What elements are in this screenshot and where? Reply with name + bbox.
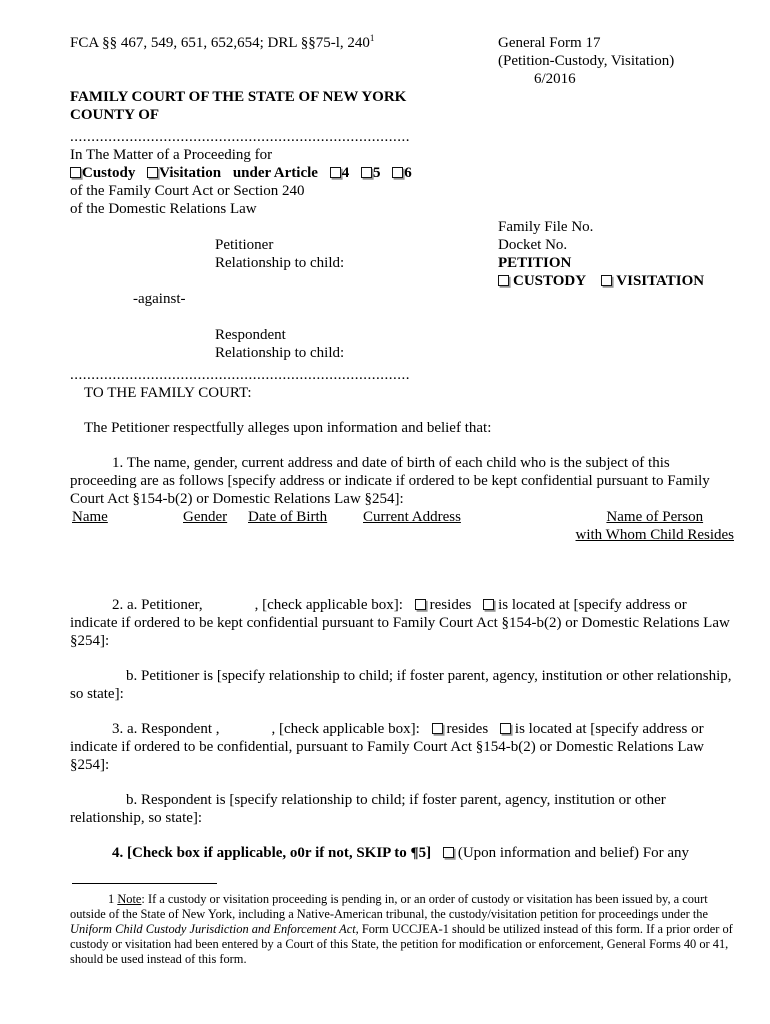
column-person-line1: Name of Person bbox=[576, 508, 734, 526]
children-table-header: Name Gender Date of Birth Current Addres… bbox=[70, 508, 734, 544]
fca-line: of the Family Court Act or Section 240 bbox=[70, 182, 734, 200]
para4-tail: (Upon information and belief) For any bbox=[458, 845, 689, 861]
para4-bold-instruction: 4. [Check box if applicable, o0r if not,… bbox=[112, 845, 431, 861]
petitioner-name-blank[interactable] bbox=[203, 608, 255, 609]
respondent-resides-label: resides bbox=[447, 721, 489, 737]
petition-type-options: CUSTODY VISITATION bbox=[498, 272, 734, 290]
footnote-note-label: Note bbox=[117, 892, 141, 906]
form-id-block: General Form 17 (Petition-Custody, Visit… bbox=[498, 34, 734, 88]
family-file-no-label: Family File No. bbox=[498, 218, 734, 236]
caption-divider-top: ........................................… bbox=[70, 128, 410, 146]
paragraph-4: 4. [Check box if applicable, o0r if not,… bbox=[70, 844, 734, 862]
custody-checkbox[interactable] bbox=[70, 167, 81, 178]
column-current-address: Current Address bbox=[363, 508, 461, 526]
form-date: 6/2016 bbox=[498, 70, 734, 88]
footnote-number: 1 bbox=[108, 892, 114, 906]
column-person-resides: Name of Person with Whom Child Resides bbox=[576, 508, 734, 544]
petition-form-page: FCA §§ 467, 549, 651, 652,654; DRL §§75-… bbox=[0, 0, 770, 1024]
footnote-italic-act-name: Uniform Child Custody Jurisdiction and E… bbox=[70, 922, 359, 936]
custody-option-label: CUSTODY bbox=[513, 273, 586, 289]
spacer bbox=[70, 272, 498, 290]
respondent-resides-checkbox[interactable] bbox=[432, 723, 443, 734]
against-label: -against- bbox=[70, 290, 498, 308]
paragraph-2b: b. Petitioner is [specify relationship t… bbox=[70, 667, 734, 703]
column-name: Name bbox=[72, 508, 120, 526]
salutation: TO THE FAMILY COURT: bbox=[70, 384, 734, 402]
alleges-line: The Petitioner respectfully alleges upon… bbox=[70, 419, 734, 437]
drl-line: of the Domestic Relations Law bbox=[70, 200, 734, 218]
column-date-of-birth: Date of Birth bbox=[248, 508, 327, 526]
paragraph-2a: 2. a. Petitioner,, [check applicable box… bbox=[70, 596, 734, 650]
visitation-checkbox-label: Visitation bbox=[159, 165, 221, 181]
caption-divider-bottom: ........................................… bbox=[70, 366, 410, 384]
article-4-label: 4 bbox=[342, 165, 350, 181]
respondent-relationship-label: Relationship to child: bbox=[70, 344, 498, 362]
petitioner-resides-checkbox[interactable] bbox=[415, 599, 426, 610]
para4-checkbox[interactable] bbox=[443, 847, 454, 858]
caption-parties-block: Family File No. Petitioner Docket No. Re… bbox=[70, 218, 734, 362]
statute-reference: FCA §§ 467, 549, 651, 652,654; DRL §§75-… bbox=[70, 34, 374, 52]
spacer bbox=[498, 344, 734, 362]
custody-option-checkbox[interactable] bbox=[498, 275, 509, 286]
petitioner-located-checkbox[interactable] bbox=[483, 599, 494, 610]
statute-text: FCA §§ 467, 549, 651, 652,654; DRL §§75-… bbox=[70, 35, 370, 51]
petitioner-located-label: is located bbox=[498, 597, 555, 613]
spacer bbox=[498, 326, 734, 344]
column-gender: Gender bbox=[183, 508, 227, 526]
under-article-label: under Article bbox=[233, 165, 318, 181]
petitioner-relationship-label: Relationship to child: bbox=[70, 254, 498, 272]
court-title: FAMILY COURT OF THE STATE OF NEW YORK CO… bbox=[70, 88, 734, 124]
form-number: General Form 17 bbox=[498, 34, 734, 52]
visitation-checkbox[interactable] bbox=[147, 167, 158, 178]
paragraph-3b: b. Respondent is [specify relationship t… bbox=[70, 791, 734, 827]
visitation-option-checkbox[interactable] bbox=[601, 275, 612, 286]
spacer bbox=[70, 218, 498, 236]
footnote-part1: : If a custody or visitation proceeding … bbox=[70, 892, 708, 921]
form-title: (Petition-Custody, Visitation) bbox=[498, 52, 734, 70]
petition-title: PETITION bbox=[498, 254, 734, 272]
respondent-label: Respondent bbox=[70, 326, 498, 344]
article-5-label: 5 bbox=[373, 165, 381, 181]
paragraph-1: 1. The name, gender, current address and… bbox=[70, 454, 734, 508]
column-person-line2: with Whom Child Resides bbox=[576, 526, 734, 544]
article-5-checkbox[interactable] bbox=[361, 167, 372, 178]
court-name: FAMILY COURT OF THE STATE OF NEW YORK bbox=[70, 88, 734, 106]
petitioner-resides-label: resides bbox=[430, 597, 472, 613]
para2a-lead: 2. a. Petitioner, bbox=[112, 597, 203, 613]
respondent-located-label: is located bbox=[515, 721, 572, 737]
proceeding-line: In The Matter of a Proceeding for bbox=[70, 146, 734, 164]
para2a-comma: , [check applicable box]: bbox=[255, 597, 403, 613]
respondent-located-checkbox[interactable] bbox=[500, 723, 511, 734]
spacer bbox=[498, 290, 734, 308]
footnote: 1 Note: If a custody or visitation proce… bbox=[70, 892, 734, 967]
docket-no-label: Docket No. bbox=[498, 236, 734, 254]
proceeding-type-line: Custody Visitation under Article 4 5 6 bbox=[70, 164, 734, 182]
para3a-lead: 3. a. Respondent , bbox=[112, 721, 219, 737]
spacer bbox=[70, 308, 498, 326]
spacer bbox=[498, 308, 734, 326]
form-header: FCA §§ 467, 549, 651, 652,654; DRL §§75-… bbox=[70, 34, 734, 88]
footnote-reference-mark: 1 bbox=[370, 33, 375, 43]
para3a-comma: , [check applicable box]: bbox=[271, 721, 419, 737]
visitation-option-label: VISITATION bbox=[616, 273, 704, 289]
county-line: COUNTY OF bbox=[70, 106, 734, 124]
paragraph-3a: 3. a. Respondent ,, [check applicable bo… bbox=[70, 720, 734, 774]
article-6-label: 6 bbox=[404, 165, 412, 181]
custody-checkbox-label: Custody bbox=[82, 165, 135, 181]
footnote-separator bbox=[72, 883, 217, 884]
article-4-checkbox[interactable] bbox=[330, 167, 341, 178]
respondent-name-blank[interactable] bbox=[219, 732, 271, 733]
article-6-checkbox[interactable] bbox=[392, 167, 403, 178]
petitioner-label: Petitioner bbox=[70, 236, 498, 254]
